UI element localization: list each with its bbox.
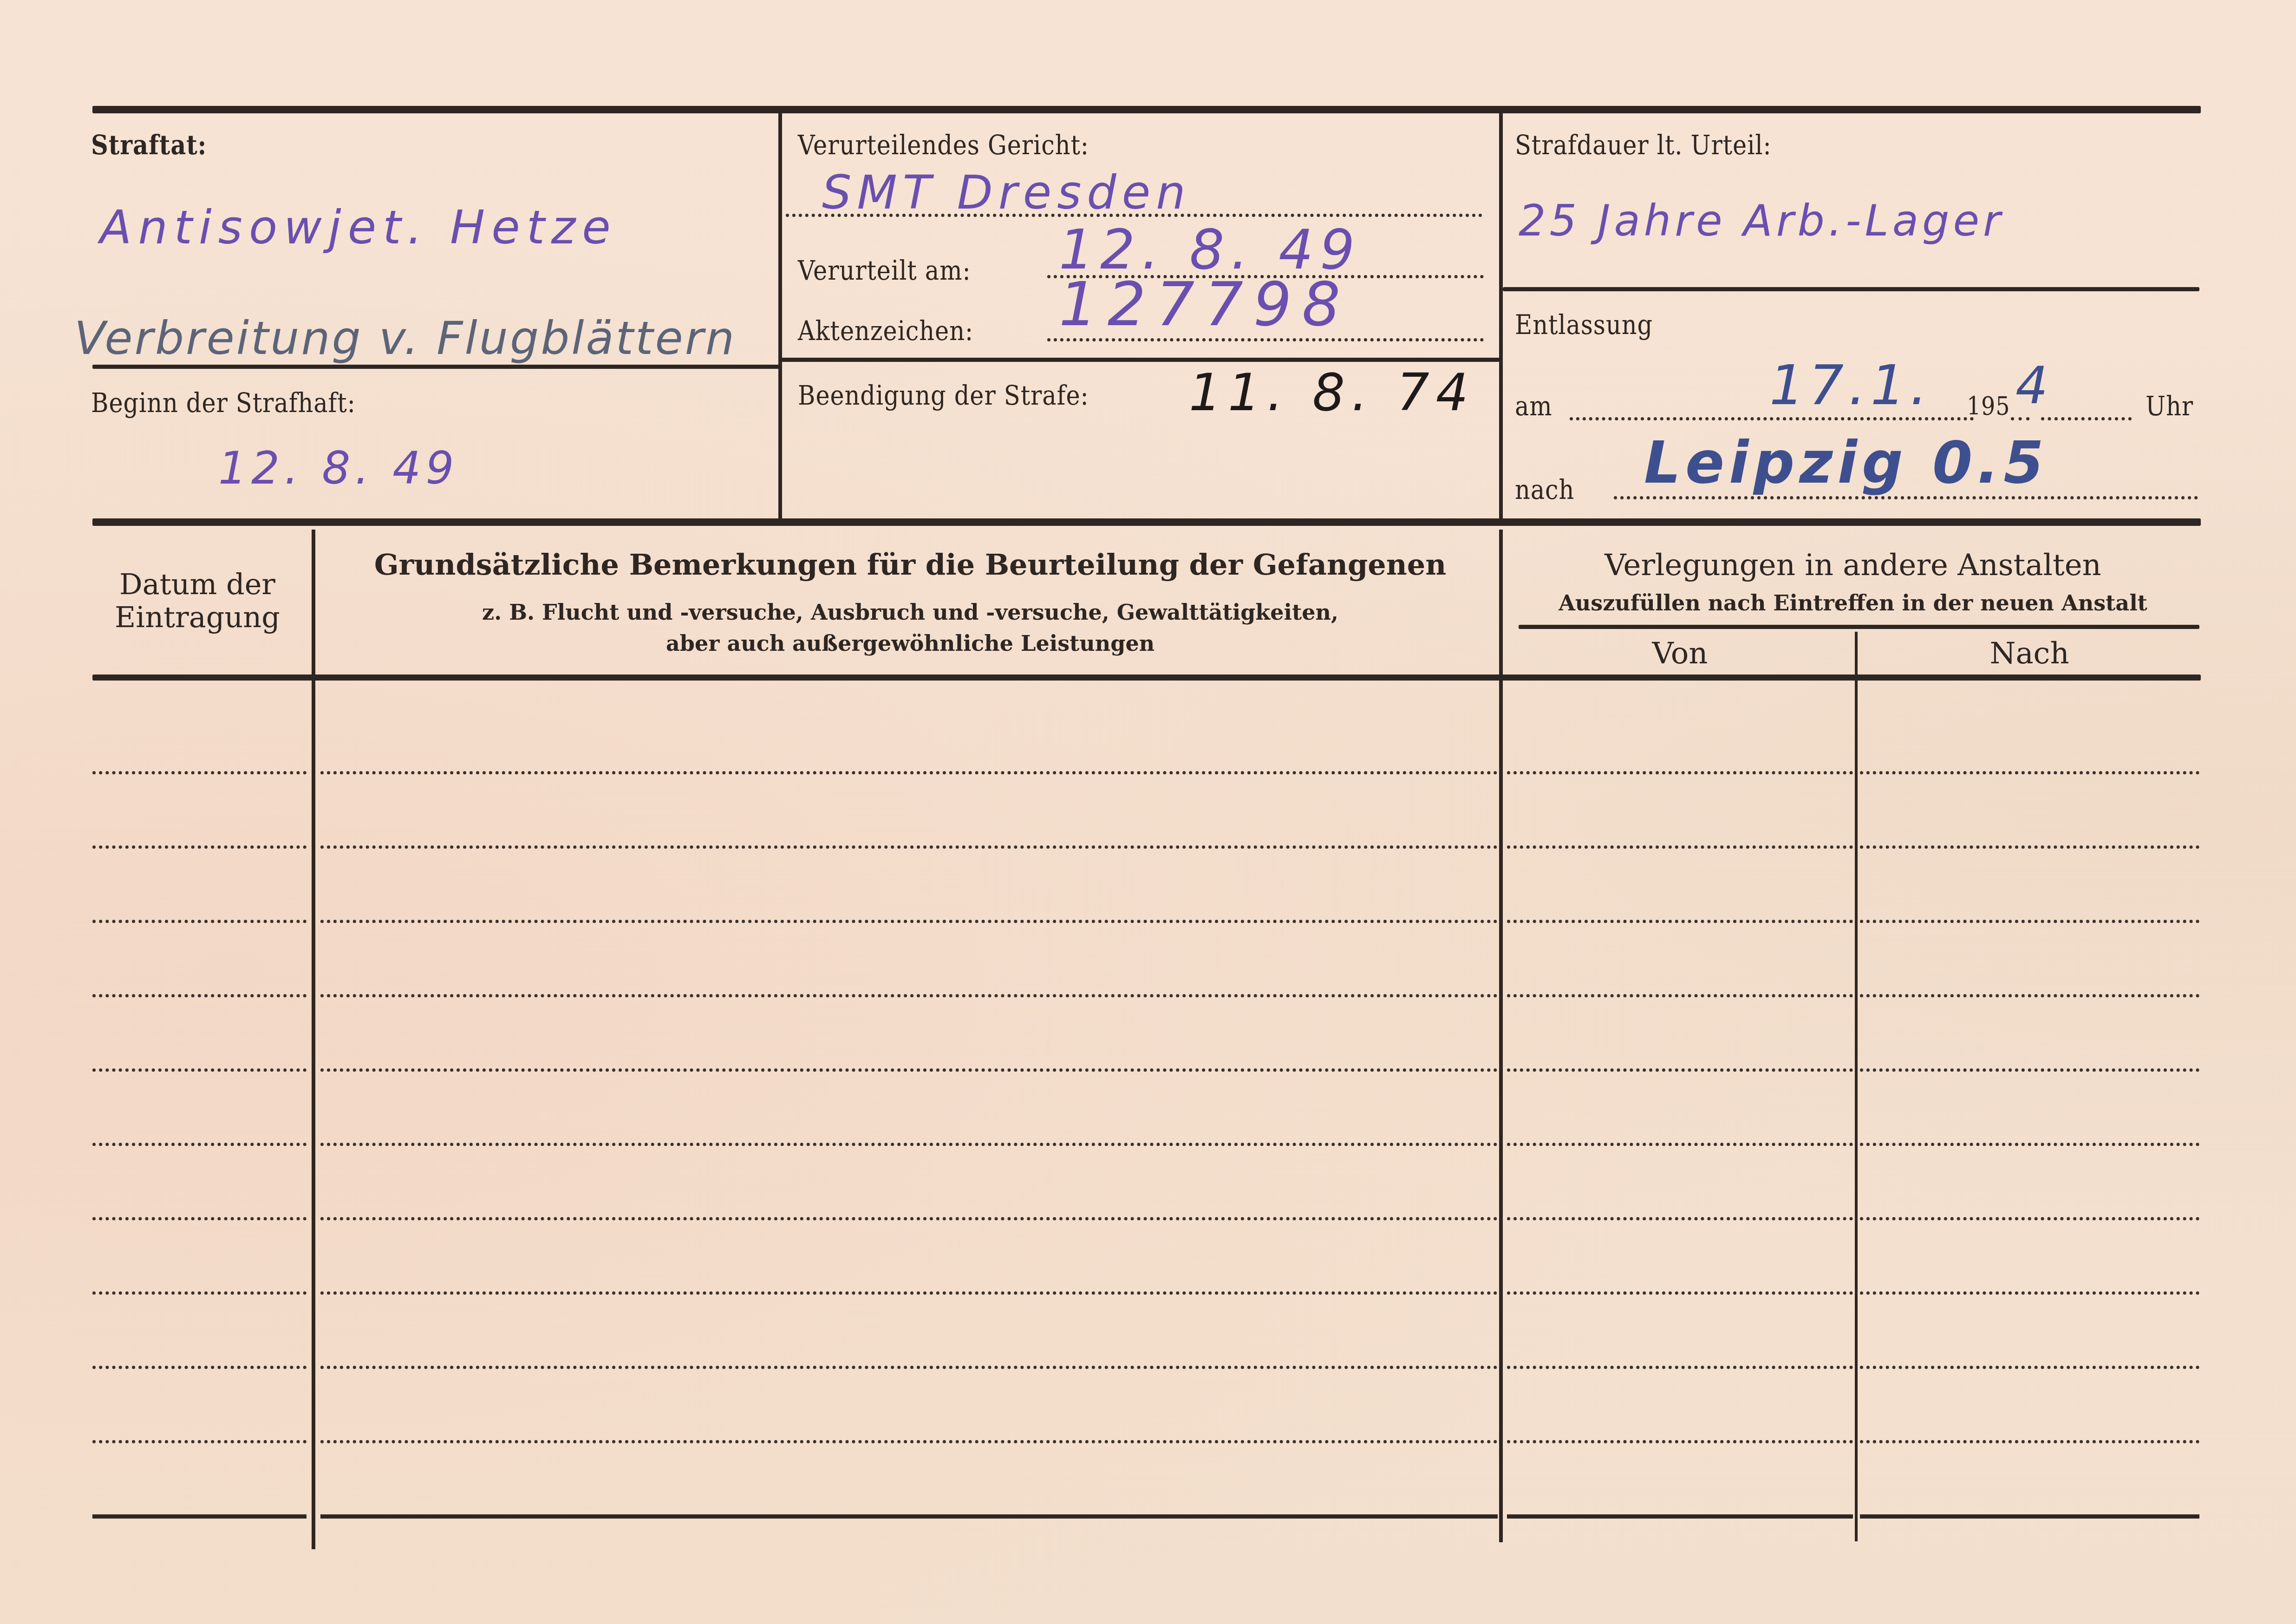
row-dotted-line [320,1291,1498,1295]
file-number-value[interactable]: 127798 [1059,274,1350,334]
row-dotted-line [320,845,1498,849]
row-dotted-line [1860,1217,2199,1220]
col-transfers-sub: Auszufüllen nach Eintreffen in der neuen… [1505,588,2201,619]
offense-divider-line [92,365,780,369]
release-date-dotted-line [1570,417,1974,420]
file-number-dotted-line [1047,338,1484,341]
row-dotted-line [92,845,307,849]
row-dotted-line [92,1068,307,1072]
year-prefix: 195 [1967,394,2010,419]
row-dotted-line [92,771,307,774]
release-year-value[interactable]: 4 [2016,360,2048,411]
row-dotted-line [320,771,1498,774]
row-dotted-line [1507,1291,1853,1295]
release-to-dotted-line [1614,496,2198,499]
row-dotted-line [1860,994,2199,997]
col-remarks-sub1: z. B. Flucht und -versuche, Ausbruch und… [325,597,1495,628]
row-dotted-line [320,1143,1498,1146]
sentenced-on-label: Verurteilt am: [798,257,971,284]
release-label: Entlassung [1515,311,1653,338]
row-dotted-line [320,1514,1498,1519]
table-row[interactable] [0,1445,2296,1514]
table-row[interactable] [0,1147,2296,1217]
table-row[interactable] [0,1222,2296,1291]
section-divider-line [92,518,2201,526]
table-row[interactable] [0,924,2296,994]
file-number-divider-line [780,358,1500,362]
row-dotted-line [320,1366,1498,1369]
row-dotted-line [320,1217,1498,1220]
release-to-value[interactable]: Leipzig 0.5 [1644,434,2048,492]
row-dotted-line [1860,1514,2199,1519]
row-dotted-line [1860,845,2199,849]
offense-label: Straftat: [91,131,207,158]
col-remarks-title: Grundsätzliche Bemerkungen für die Beurt… [325,550,1495,579]
row-dotted-line [1860,771,2199,774]
divider-left-middle [778,113,782,522]
file-number-label: Aktenzeichen: [798,317,973,344]
sentence-end-label: Beendigung der Strafe: [798,382,1089,409]
row-dotted-line [1507,1217,1853,1220]
duration-value[interactable]: 25 Jahre Arb.-Lager [1519,200,2004,242]
row-dotted-line [320,920,1498,923]
row-dotted-line [320,1440,1498,1443]
row-dotted-line [92,1291,307,1295]
court-value[interactable]: SMT Dresden [822,170,1191,216]
row-dotted-line [92,920,307,923]
row-dotted-line [1507,1068,1853,1072]
release-to-label: nach [1515,476,1574,503]
row-dotted-line [92,994,307,997]
table-row[interactable] [0,999,2296,1068]
row-dotted-line [1507,1143,1853,1146]
col-to-header: Nach [1858,639,2201,668]
release-on-value[interactable]: 17.1. [1769,358,1932,413]
detention-start-label: Beginn der Strafhaft: [91,389,356,416]
table-row[interactable] [0,701,2296,771]
row-dotted-line [1860,1366,2199,1369]
row-dotted-line [1507,1440,1853,1443]
row-dotted-line [1860,1068,2199,1072]
row-dotted-line [92,1514,307,1519]
row-dotted-line [92,1440,307,1443]
row-dotted-line [1860,1143,2199,1146]
detention-start-value[interactable]: 12. 8. 49 [218,446,458,491]
offense-value-line2[interactable]: Verbreitung v. Flugblättern [74,316,736,361]
court-dotted-line [786,214,1482,217]
court-label: Verurteilendes Gericht: [798,131,1089,158]
row-dotted-line [92,1217,307,1220]
top-border-line [92,106,2201,113]
row-dotted-line [1507,771,1853,774]
time-dotted-line [2041,417,2132,420]
table-header-bottom-line [92,674,2201,681]
row-dotted-line [92,1143,307,1146]
time-label: Uhr [2146,393,2193,419]
row-dotted-line [1507,994,1853,997]
row-dotted-line [1507,920,1853,923]
row-dotted-line [320,1068,1498,1072]
row-dotted-line [1507,845,1853,849]
sentence-end-value[interactable]: 11. 8. 74 [1189,367,1475,418]
row-dotted-line [92,1366,307,1369]
col-date-header: Datum der Eintragung [100,568,295,634]
year-dotted-line [2011,417,2029,420]
table-row[interactable] [0,1073,2296,1143]
divider-middle-right [1499,113,1503,522]
row-dotted-line [1860,920,2199,923]
table-row[interactable] [0,1296,2296,1366]
row-dotted-line [1507,1366,1853,1369]
row-dotted-line [1507,1514,1853,1519]
col-remarks-sub2: aber auch außergewöhnliche Leistungen [325,628,1495,659]
transfers-subheader-line [1519,625,2199,629]
table-row[interactable] [0,776,2296,845]
row-dotted-line [320,994,1498,997]
col-from-header: Von [1505,639,1855,668]
row-dotted-line [1860,1440,2199,1443]
table-row[interactable] [0,1370,2296,1440]
col-transfers-title: Verlegungen in andere Anstalten [1505,550,2201,580]
duration-label: Strafdauer lt. Urteil: [1515,131,1772,158]
table-row[interactable] [0,850,2296,920]
row-dotted-line [1860,1291,2199,1295]
duration-divider-line [1503,287,2199,291]
release-on-label: am [1515,393,1552,419]
offense-value-line1[interactable]: Antisowjet. Hetze [100,204,617,251]
